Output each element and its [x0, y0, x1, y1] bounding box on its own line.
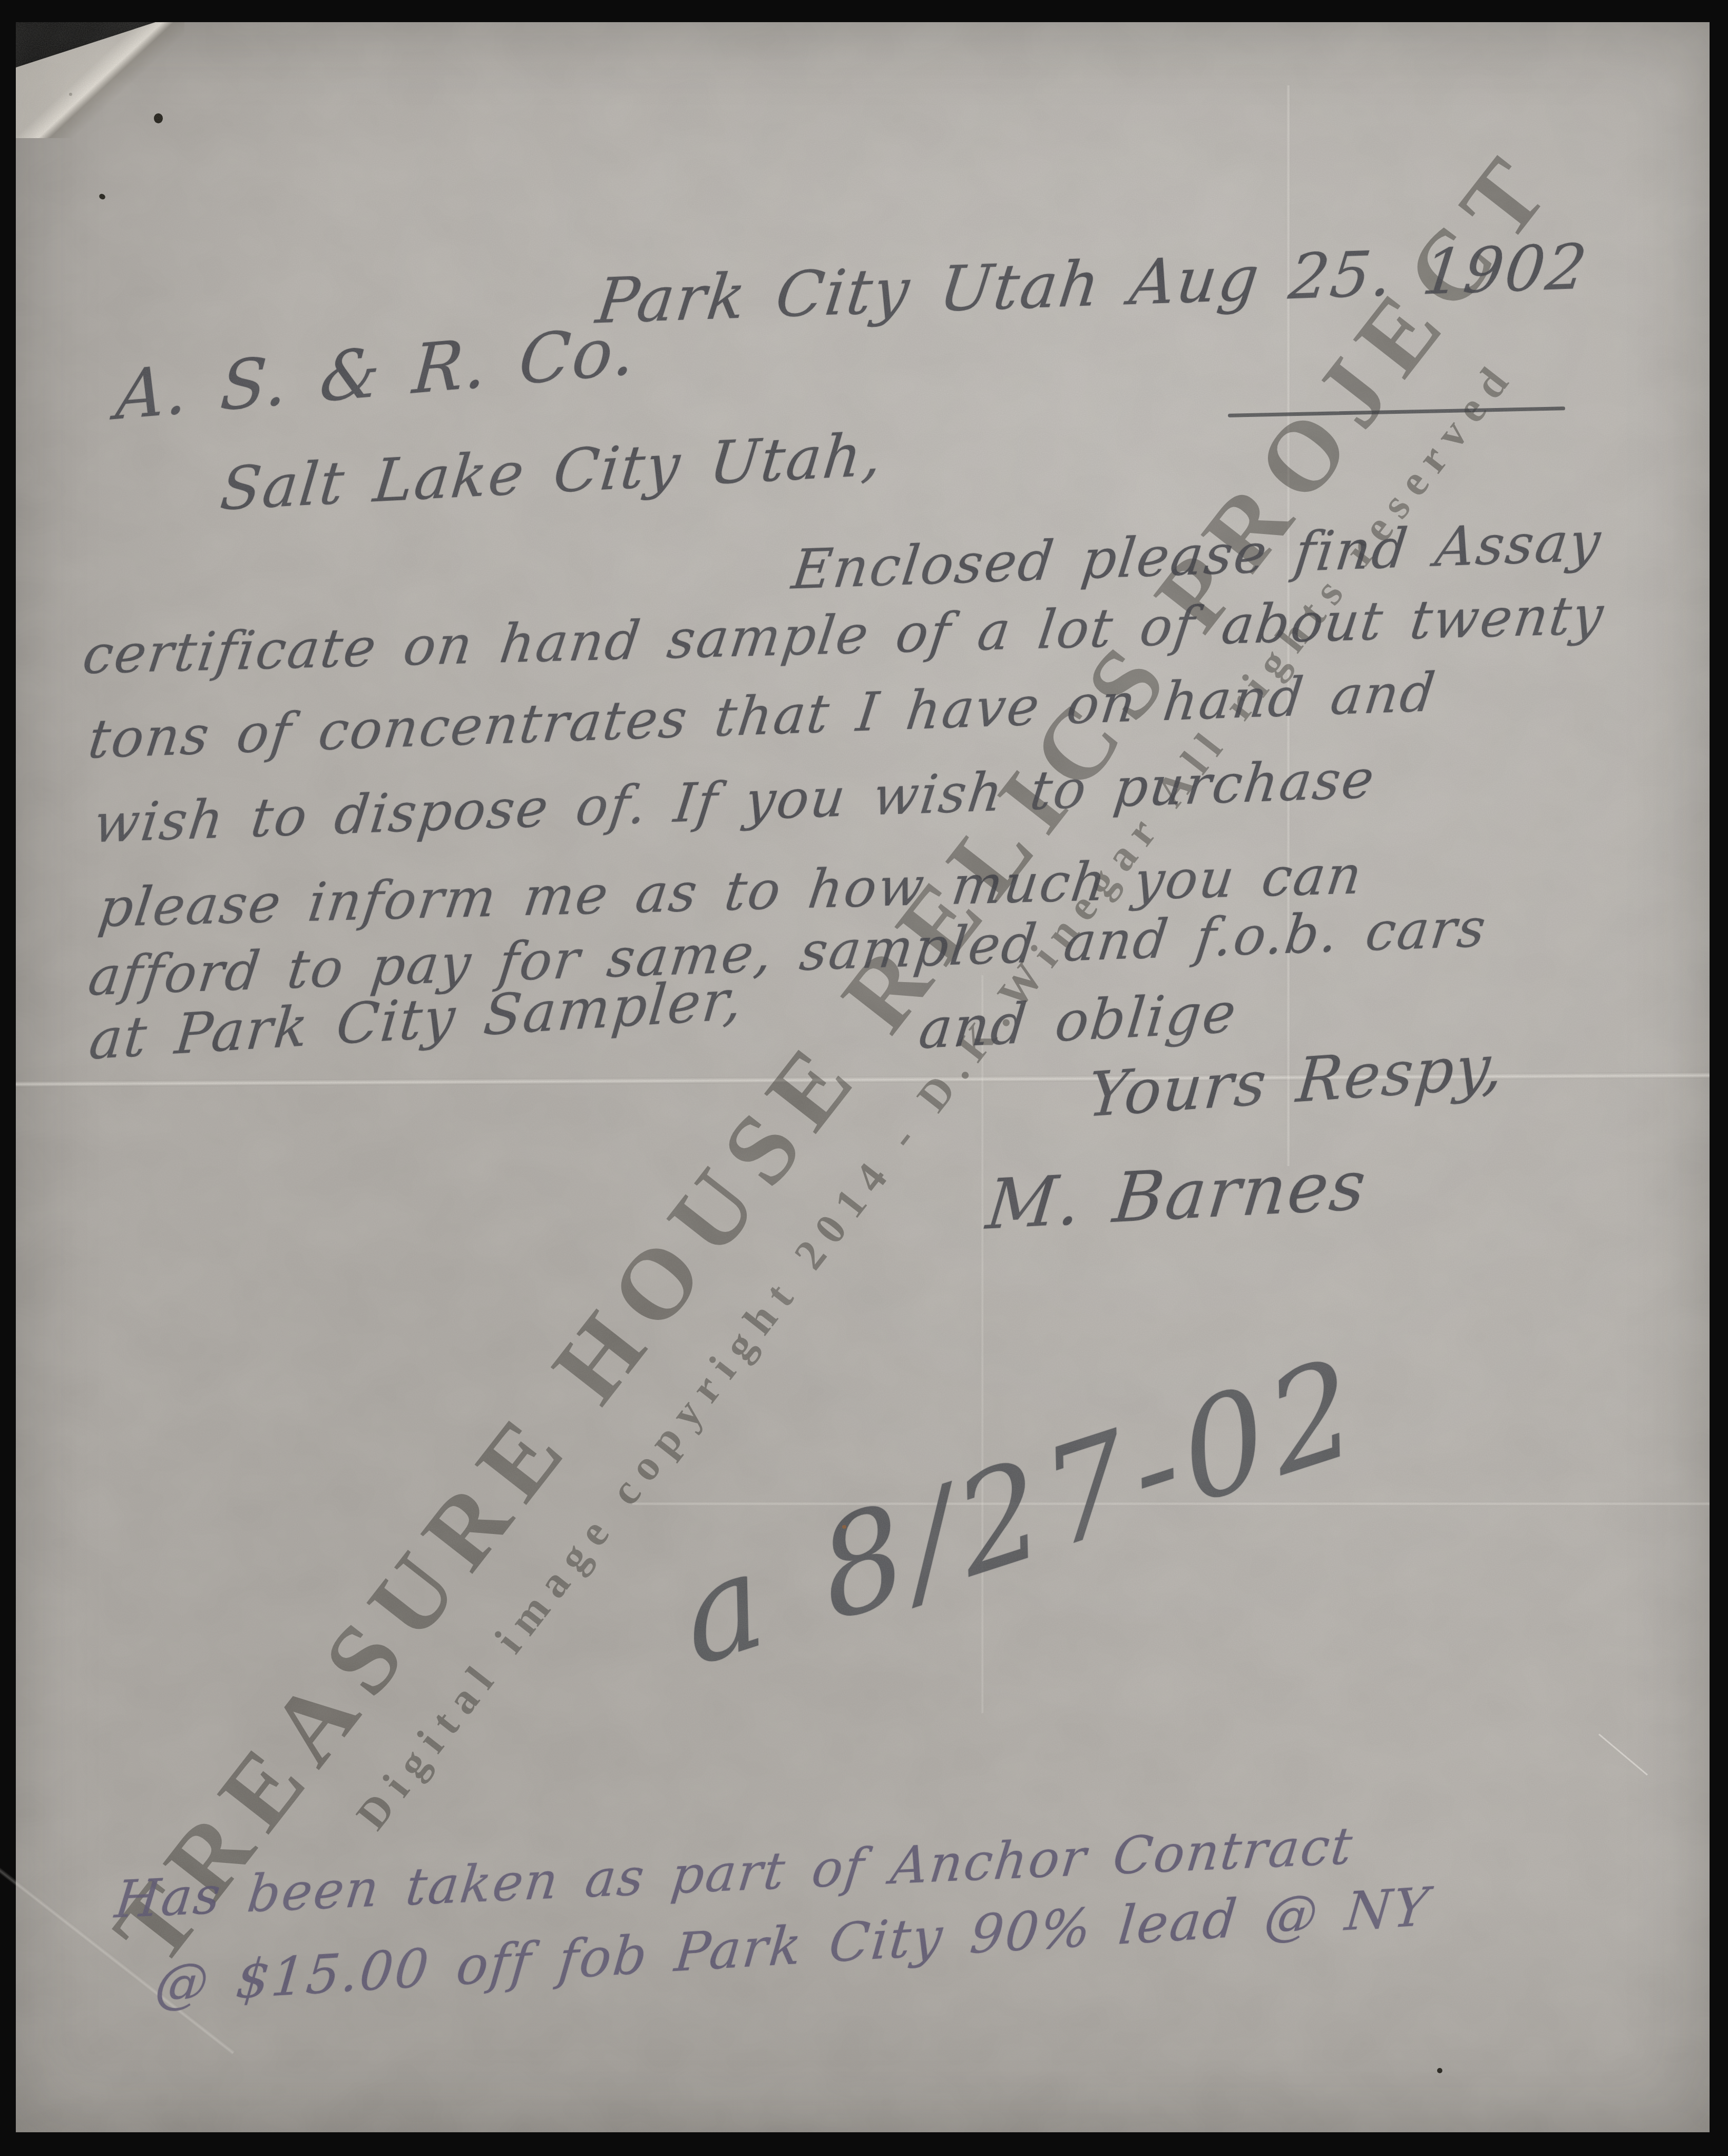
paper-hole: [154, 113, 163, 123]
recipient-line-2: Salt Lake City Utah,: [218, 425, 886, 519]
body-line: tons of concentrates that I have on hand…: [86, 666, 1439, 766]
recipient-line-1: A. S. & R. Co.: [114, 317, 638, 431]
letter-paper: TREASURE HOUSE RELICS PROJECT Digital im…: [16, 22, 1710, 2132]
corner-clip: [16, 22, 155, 67]
paper-speck: [1437, 2068, 1442, 2073]
body-line: and oblige: [916, 985, 1240, 1057]
signature: M. Barnes: [983, 1150, 1370, 1239]
paper-speck: [842, 1525, 846, 1529]
paper-scratch: [1598, 1734, 1648, 1775]
scanned-letter: TREASURE HOUSE RELICS PROJECT Digital im…: [0, 0, 1728, 2156]
dateline: Park City Utah Aug 25. 1902: [593, 235, 1591, 332]
body-line: Enclosed please find Assay: [789, 514, 1605, 597]
paper-hole: [98, 193, 106, 201]
paper-speck: [69, 93, 72, 96]
date-underline: [1228, 406, 1565, 417]
body-line: wish to dispose of. If you wish to purch…: [91, 752, 1379, 850]
docket-note: a 8/27-02: [671, 1337, 1373, 1687]
